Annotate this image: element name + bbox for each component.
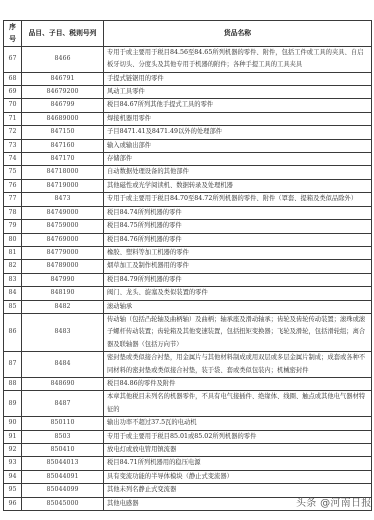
row-serial-no: 86 <box>4 313 22 351</box>
row-goods-name: 税目84.67所列其他手提式工具的零件 <box>104 99 372 112</box>
tariff-table: 序号 品目、子目、税则号列 货品名称 678466专用于或主要用于税目84.56… <box>3 20 372 511</box>
row-serial-no: 76 <box>4 179 22 192</box>
row-serial-no: 88 <box>4 377 22 390</box>
row-goods-name: 专用于或主要用于税目84.56至84.65所列机器的零件、附件，包括工件或工具的… <box>104 46 372 72</box>
table-row: 9385044013税目84.71所列机器用的稳压电源 <box>4 457 372 470</box>
row-tariff-code: 84789000 <box>22 260 104 273</box>
row-tariff-code: 8483 <box>22 313 104 351</box>
row-serial-no: 91 <box>4 430 22 443</box>
table-row: 9485044091具有变流功能的半导体模块（静止式变流器） <box>4 470 372 483</box>
table-row: 7184689000焊接机器用零件 <box>4 112 372 125</box>
row-serial-no: 81 <box>4 246 22 259</box>
table-row: 7884749000税目84.74所列机器的零件 <box>4 206 372 219</box>
table-row: 68846791手提式链锯用的零件 <box>4 72 372 85</box>
row-tariff-code: 85045000 <box>22 497 104 510</box>
row-serial-no: 90 <box>4 417 22 430</box>
row-tariff-code: 85044099 <box>22 484 104 497</box>
row-goods-name: 子目8471.41及8471.49以外的处理部件 <box>104 126 372 139</box>
row-goods-name: 放电灯或放电管用镇流器 <box>104 444 372 457</box>
row-tariff-code: 84779000 <box>22 246 104 259</box>
table-row: 878484密封垫或类似接合衬垫，用金属片与其他材料制成或用双层或多层金属片制成… <box>4 352 372 378</box>
row-goods-name: 传动轴（包括凸轮轴及曲柄轴）及曲柄；轴承座及滑动轴承；齿轮及齿轮传动装置；滚珠或… <box>104 313 372 351</box>
table-row: 6984679200风动工具零件 <box>4 86 372 99</box>
row-goods-name: 输出功率不超过37.5瓦的电动机 <box>104 417 372 430</box>
row-serial-no: 72 <box>4 126 22 139</box>
row-goods-name: 税目84.74所列机器的零件 <box>104 206 372 219</box>
table-row: 678466专用于或主要用于税目84.56至84.65所列机器的零件、附件，包括… <box>4 46 372 72</box>
row-serial-no: 69 <box>4 86 22 99</box>
table-row: 73847160输入或输出部件 <box>4 139 372 152</box>
row-tariff-code: 84749000 <box>22 206 104 219</box>
row-tariff-code: 848190 <box>22 287 104 300</box>
document-page: 序号 品目、子目、税则号列 货品名称 678466专用于或主要用于税目84.56… <box>3 20 371 511</box>
table-row: 7984759000税目84.75所列机器的零件 <box>4 220 372 233</box>
header-goods-name: 货品名称 <box>104 21 372 47</box>
row-goods-name: 滚动轴承 <box>104 300 372 313</box>
table-header-row: 序号 品目、子目、税则号列 货品名称 <box>4 21 372 47</box>
table-row: 8084769000税目84.76所列机器的零件 <box>4 233 372 246</box>
row-serial-no: 96 <box>4 497 22 510</box>
row-tariff-code: 84719000 <box>22 179 104 192</box>
row-tariff-code: 84689000 <box>22 112 104 125</box>
row-tariff-code: 847160 <box>22 139 104 152</box>
table-row: 70846799税目84.67所列其他手提式工具的零件 <box>4 99 372 112</box>
row-tariff-code: 84679200 <box>22 86 104 99</box>
row-goods-name: 其他磁性或光学阅读机、数据转录及处理机器 <box>104 179 372 192</box>
row-tariff-code: 8466 <box>22 46 104 72</box>
row-serial-no: 95 <box>4 484 22 497</box>
table-row: 72847150子目8471.41及8471.49以外的处理部件 <box>4 126 372 139</box>
table-row: 74847170存储部件 <box>4 153 372 166</box>
row-tariff-code: 8473 <box>22 193 104 206</box>
row-serial-no: 73 <box>4 139 22 152</box>
row-goods-name: 税目84.75所列机器的零件 <box>104 220 372 233</box>
row-serial-no: 78 <box>4 206 22 219</box>
row-tariff-code: 848690 <box>22 377 104 390</box>
table-row: 7684719000其他磁性或光学阅读机、数据转录及处理机器 <box>4 179 372 192</box>
row-goods-name: 烟草加工及制作机器用的零件 <box>104 260 372 273</box>
table-row: 92850410放电灯或放电管用镇流器 <box>4 444 372 457</box>
row-tariff-code: 847170 <box>22 153 104 166</box>
row-serial-no: 75 <box>4 166 22 179</box>
row-serial-no: 92 <box>4 444 22 457</box>
row-goods-name: 手提式链锯用的零件 <box>104 72 372 85</box>
row-goods-name: 自动数据处理设备的其他部件 <box>104 166 372 179</box>
row-goods-name: 专用于或主要用于税目84.70至84.72所列机器的零件、附件（罩套、提箱及类似… <box>104 193 372 206</box>
row-serial-no: 77 <box>4 193 22 206</box>
row-tariff-code: 8503 <box>22 430 104 443</box>
row-tariff-code: 85044091 <box>22 470 104 483</box>
row-serial-no: 89 <box>4 391 22 417</box>
row-goods-name: 具有变流功能的半导体模块（静止式变流器） <box>104 470 372 483</box>
row-tariff-code: 84759000 <box>22 220 104 233</box>
row-serial-no: 70 <box>4 99 22 112</box>
row-serial-no: 80 <box>4 233 22 246</box>
row-serial-no: 71 <box>4 112 22 125</box>
row-tariff-code: 8484 <box>22 352 104 378</box>
table-row: 8184779000橡胶、塑料等加工机器的零件 <box>4 246 372 259</box>
row-tariff-code: 84718000 <box>22 166 104 179</box>
row-goods-name: 密封垫或类似接合衬垫，用金属片与其他材料制成或用双层或多层金属片制成；成套或各种… <box>104 352 372 378</box>
row-goods-name: 存储部件 <box>104 153 372 166</box>
table-row: 898487本章其他税目未列名的机器零件，不具有电气接插件、绝缘体、线圈、触点或… <box>4 391 372 417</box>
row-goods-name: 焊接机器用零件 <box>104 112 372 125</box>
row-serial-no: 85 <box>4 300 22 313</box>
table-row: 90850110输出功率不超过37.5瓦的电动机 <box>4 417 372 430</box>
header-tariff-code: 品目、子目、税则号列 <box>22 21 104 47</box>
row-tariff-code: 846799 <box>22 99 104 112</box>
row-tariff-code: 8487 <box>22 391 104 417</box>
row-tariff-code: 84769000 <box>22 233 104 246</box>
row-goods-name: 税目84.86的零件及附件 <box>104 377 372 390</box>
row-goods-name: 风动工具零件 <box>104 86 372 99</box>
row-serial-no: 67 <box>4 46 22 72</box>
table-row: 858482滚动轴承 <box>4 300 372 313</box>
watermark: 头条 @河南日报 <box>296 494 372 509</box>
table-row: 7584718000自动数据处理设备的其他部件 <box>4 166 372 179</box>
table-row: 918503专用于或主要用于税目85.01或85.02所列机器的零件 <box>4 430 372 443</box>
row-serial-no: 74 <box>4 153 22 166</box>
row-goods-name: 专用于或主要用于税目85.01或85.02所列机器的零件 <box>104 430 372 443</box>
row-tariff-code: 8482 <box>22 300 104 313</box>
row-serial-no: 87 <box>4 352 22 378</box>
row-tariff-code: 85044013 <box>22 457 104 470</box>
row-goods-name: 税目84.76所列机器的零件 <box>104 233 372 246</box>
row-goods-name: 税目84.79所列机器的零件 <box>104 273 372 286</box>
row-goods-name: 输入或输出部件 <box>104 139 372 152</box>
row-tariff-code: 850110 <box>22 417 104 430</box>
table-row: 8284789000烟草加工及制作机器用的零件 <box>4 260 372 273</box>
row-goods-name: 税目84.71所列机器用的稳压电源 <box>104 457 372 470</box>
table-row: 83847990税目84.79所列机器的零件 <box>4 273 372 286</box>
row-goods-name: 阀门、龙头、旋塞及类似装置的零件 <box>104 287 372 300</box>
table-row: 868483传动轴（包括凸轮轴及曲柄轴）及曲柄；轴承座及滑动轴承；齿轮及齿轮传动… <box>4 313 372 351</box>
table-row: 84848190阀门、龙头、旋塞及类似装置的零件 <box>4 287 372 300</box>
row-serial-no: 82 <box>4 260 22 273</box>
row-goods-name: 橡胶、塑料等加工机器的零件 <box>104 246 372 259</box>
row-tariff-code: 850410 <box>22 444 104 457</box>
table-body: 678466专用于或主要用于税目84.56至84.65所列机器的零件、附件，包括… <box>4 46 372 510</box>
row-serial-no: 79 <box>4 220 22 233</box>
header-serial-no: 序号 <box>4 21 22 47</box>
row-tariff-code: 847990 <box>22 273 104 286</box>
table-row: 778473专用于或主要用于税目84.70至84.72所列机器的零件、附件（罩套… <box>4 193 372 206</box>
row-serial-no: 83 <box>4 273 22 286</box>
row-tariff-code: 847150 <box>22 126 104 139</box>
row-goods-name: 本章其他税目未列名的机器零件，不具有电气接插件、绝缘体、线圈、触点或其他电气器材… <box>104 391 372 417</box>
row-serial-no: 93 <box>4 457 22 470</box>
row-serial-no: 94 <box>4 470 22 483</box>
row-tariff-code: 846791 <box>22 72 104 85</box>
row-serial-no: 68 <box>4 72 22 85</box>
table-row: 88848690税目84.86的零件及附件 <box>4 377 372 390</box>
row-serial-no: 84 <box>4 287 22 300</box>
